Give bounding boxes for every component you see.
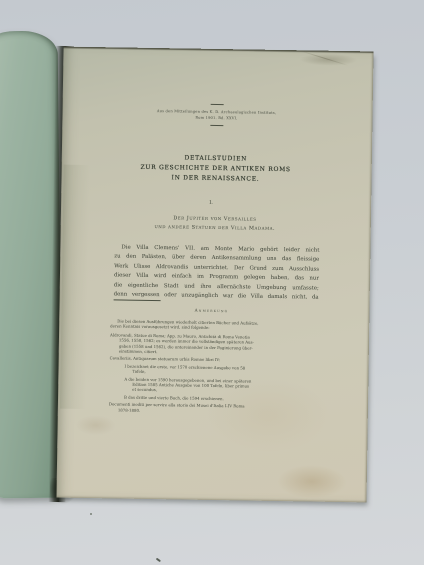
paragraph-line: denn vergessen oder unzugänglich war die… xyxy=(114,290,319,303)
paper-stain xyxy=(75,415,115,436)
book-photo: Aus den Mitteilungen des K. D. Archaeolo… xyxy=(0,0,424,565)
footnote-separator-rule xyxy=(114,299,161,301)
subtitle: Der Jupiter von Versailles und andere St… xyxy=(61,213,369,236)
anmerkung-heading: Anmerkung xyxy=(59,306,363,316)
backdrop-speck xyxy=(90,513,92,515)
paper-crease xyxy=(300,50,348,65)
body-paragraph: Die Villa Clemens' VII. am Monte Mario g… xyxy=(114,243,320,303)
paper-stain xyxy=(276,464,347,499)
footnote-block: Die bei diesen Ausführungen wiederholt c… xyxy=(109,318,324,415)
main-title: DETAILSTUDIEN ZUR GESCHICHTE DER ANTIKEN… xyxy=(61,152,369,187)
ornament-rule xyxy=(210,104,223,105)
backdrop-speck xyxy=(156,558,161,562)
title-page: Aus den Mitteilungen des K. D. Archaeolo… xyxy=(56,47,373,503)
section-number: I. xyxy=(61,198,361,209)
header-note: Aus den Mitteilungen des K. D. Archaeolo… xyxy=(62,102,370,129)
ornament-rule xyxy=(210,125,223,126)
